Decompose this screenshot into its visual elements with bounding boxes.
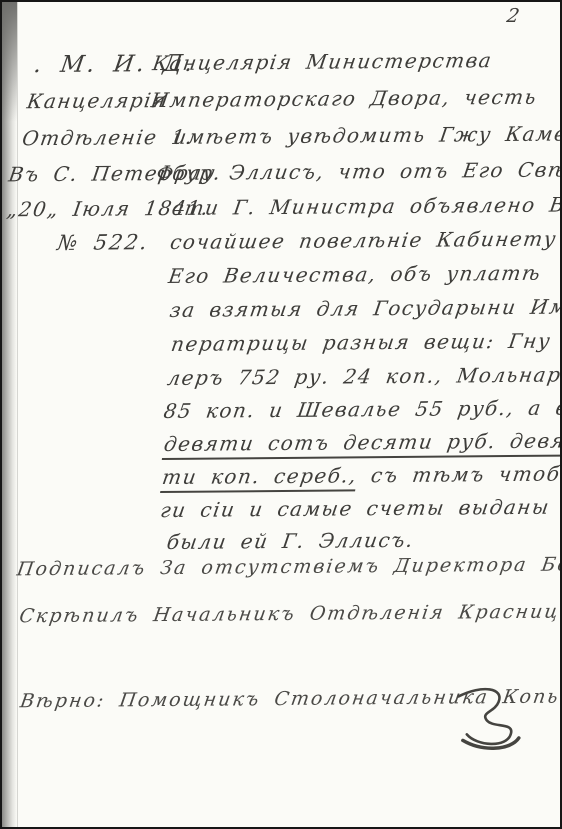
signature-text: Подписалъ За отсутствіемъ Директора Бори…	[15, 553, 562, 581]
line-text: ти коп. сереб., съ тѣмъ чтобы день-	[161, 461, 562, 489]
line-text: ператрицы разныя вещи: Гну Сих-	[169, 328, 562, 356]
line-text: сочайшее повелѣніе Кабинету	[169, 227, 559, 254]
manuscript-line: ператрицы разныя вещи: Гну Сих-	[1, 329, 559, 368]
line-text: ги сіи и самые счеты выданы	[159, 495, 552, 522]
document-number: № 522.	[56, 230, 151, 255]
line-text-rest: съ тѣмъ чтобы день-	[356, 461, 562, 488]
letterhead-office: Канцелярія	[25, 88, 168, 113]
manuscript-text: . М. И. Д. Канцелярія Министерства Канце…	[0, 0, 562, 829]
manuscript-line: за взятыя для Государыни Им-	[1, 295, 559, 334]
signature-line-director: Подписалъ За отсутствіемъ Директора Бори…	[3, 554, 561, 593]
underlined-sum: ти коп. сереб.,	[160, 463, 359, 493]
manuscript-page: 2 . М. И. Д. Канцелярія Министерства Кан…	[0, 0, 562, 829]
line-text: за взятыя для Государыни Им-	[168, 294, 562, 322]
line-text: леръ 752 ру. 24 коп., Мольнаръ 102 руб.	[166, 361, 562, 390]
manuscript-line: „20„ Іюля 1841. сти Г. Министра объявлен…	[0, 193, 558, 232]
line-text: Канцелярія Министерства	[151, 48, 494, 75]
underlined-sum: девяти сотъ десяти руб. девя-	[162, 428, 562, 460]
line-text: Императорскаго Двора, честь	[149, 85, 539, 112]
line-text: имѣетъ увѣдомить Гжу Камеръ	[172, 121, 562, 149]
line-text: сти Г. Министра объявлено Вы-	[170, 192, 562, 220]
manuscript-line: Канцелярія Императорскаго Двора, честь	[0, 85, 557, 124]
line-text: 85 коп. и Шевалье 55 руб., а всего	[162, 395, 562, 423]
signature-text: Скрѣпилъ Начальникъ Отдѣленія Красницкій…	[18, 600, 562, 627]
signature-flourish	[452, 682, 543, 753]
signature-line-department-head: Скрѣпилъ Начальникъ Отдѣленія Красницкій…	[4, 601, 562, 640]
manuscript-line: № 522. сочайшее повелѣніе Кабинету	[0, 227, 558, 266]
line-text: были ей Г. Эллисъ.	[165, 528, 416, 554]
manuscript-line: Въ С. Петербур. Фрау Эллисъ, что отъ Его…	[0, 158, 558, 197]
line-text: Фрау Эллисъ, что отъ Его Свѣтло-	[155, 157, 562, 185]
manuscript-line: Его Величества, объ уплатѣ	[1, 261, 559, 300]
line-text: Его Величества, объ уплатѣ	[167, 261, 543, 288]
line-text-underlined: девяти сотъ десяти руб. девя-	[162, 428, 562, 456]
letterhead-department: Отдѣленіе 1.	[21, 125, 196, 151]
manuscript-line: . М. И. Д. Канцелярія Министерства	[0, 48, 557, 87]
manuscript-line: Отдѣленіе 1. имѣетъ увѣдомить Гжу Камеръ	[0, 122, 558, 161]
